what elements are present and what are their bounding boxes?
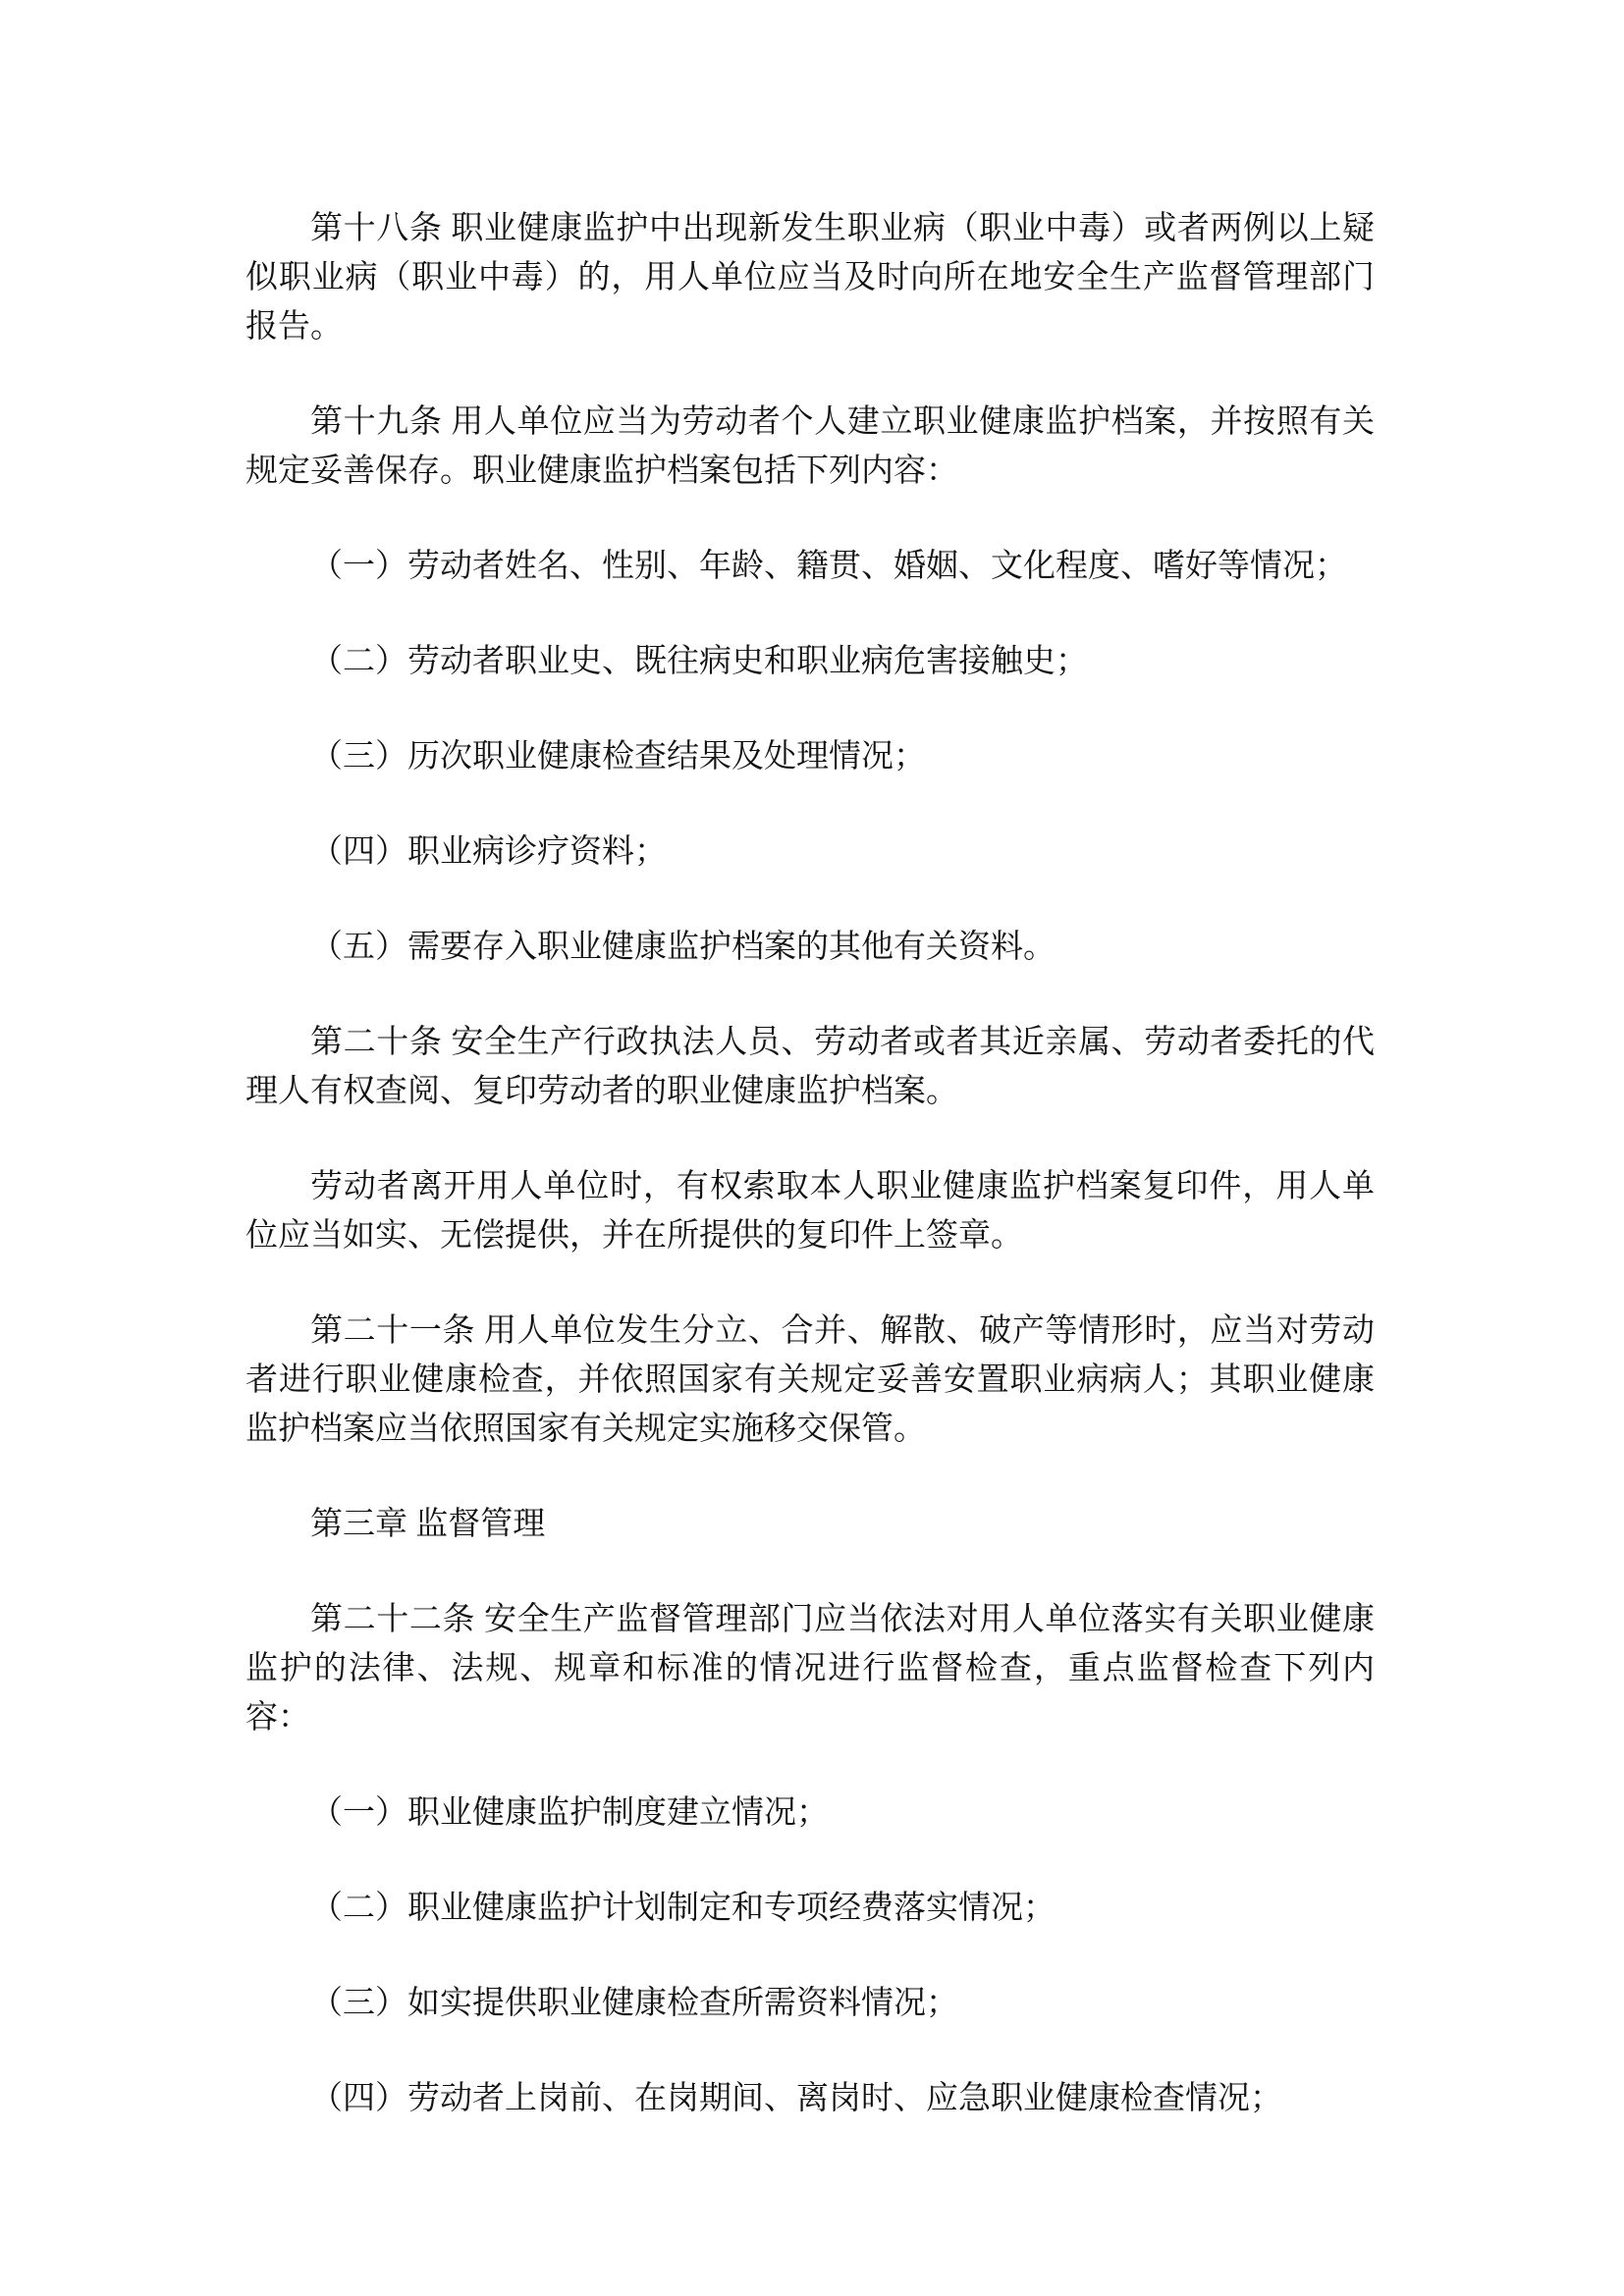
list-item-article-19-4: （四）职业病诊疗资料； (245, 828, 1375, 877)
list-item-article-19-3: （三）历次职业健康检查结果及处理情况； (245, 732, 1375, 781)
list-item-article-22-4: （四）劳动者上岗前、在岗期间、离岗时、应急职业健康检查情况； (245, 2074, 1375, 2123)
list-item-article-22-1: （一）职业健康监护制度建立情况； (245, 1789, 1375, 1838)
document-page: 第十八条 职业健康监护中出现新发生职业病（职业中毒）或者两例以上疑似职业病（职业… (0, 0, 1624, 2296)
paragraph-article-22: 第二十二条 安全生产监督管理部门应当依法对用人单位落实有关职业健康监护的法律、法… (245, 1595, 1375, 1742)
list-item-article-19-5: （五）需要存入职业健康监护档案的其他有关资料。 (245, 923, 1375, 972)
paragraph-article-20: 第二十条 安全生产行政执法人员、劳动者或者其近亲属、劳动者委托的代理人有权查阅、… (245, 1018, 1375, 1116)
document-body: 第十八条 职业健康监护中出现新发生职业病（职业中毒）或者两例以上疑似职业病（职业… (245, 204, 1375, 2123)
paragraph-article-20-cont: 劳动者离开用人单位时，有权索取本人职业健康监护档案复印件，用人单位应当如实、无偿… (245, 1162, 1375, 1260)
list-item-article-19-2: （二）劳动者职业史、既往病史和职业病危害接触史； (245, 637, 1375, 686)
paragraph-article-21: 第二十一条 用人单位发生分立、合并、解散、破产等情形时，应当对劳动者进行职业健康… (245, 1307, 1375, 1454)
paragraph-article-18: 第十八条 职业健康监护中出现新发生职业病（职业中毒）或者两例以上疑似职业病（职业… (245, 204, 1375, 351)
paragraph-article-19: 第十九条 用人单位应当为劳动者个人建立职业健康监护档案，并按照有关规定妥善保存。… (245, 398, 1375, 496)
list-item-article-22-2: （二）职业健康监护计划制定和专项经费落实情况； (245, 1884, 1375, 1933)
list-item-article-19-1: （一）劳动者姓名、性别、年龄、籍贯、婚姻、文化程度、嗜好等情况； (245, 542, 1375, 591)
chapter-heading: 第三章 监督管理 (245, 1500, 1375, 1549)
list-item-article-22-3: （三）如实提供职业健康检查所需资料情况； (245, 1979, 1375, 2028)
